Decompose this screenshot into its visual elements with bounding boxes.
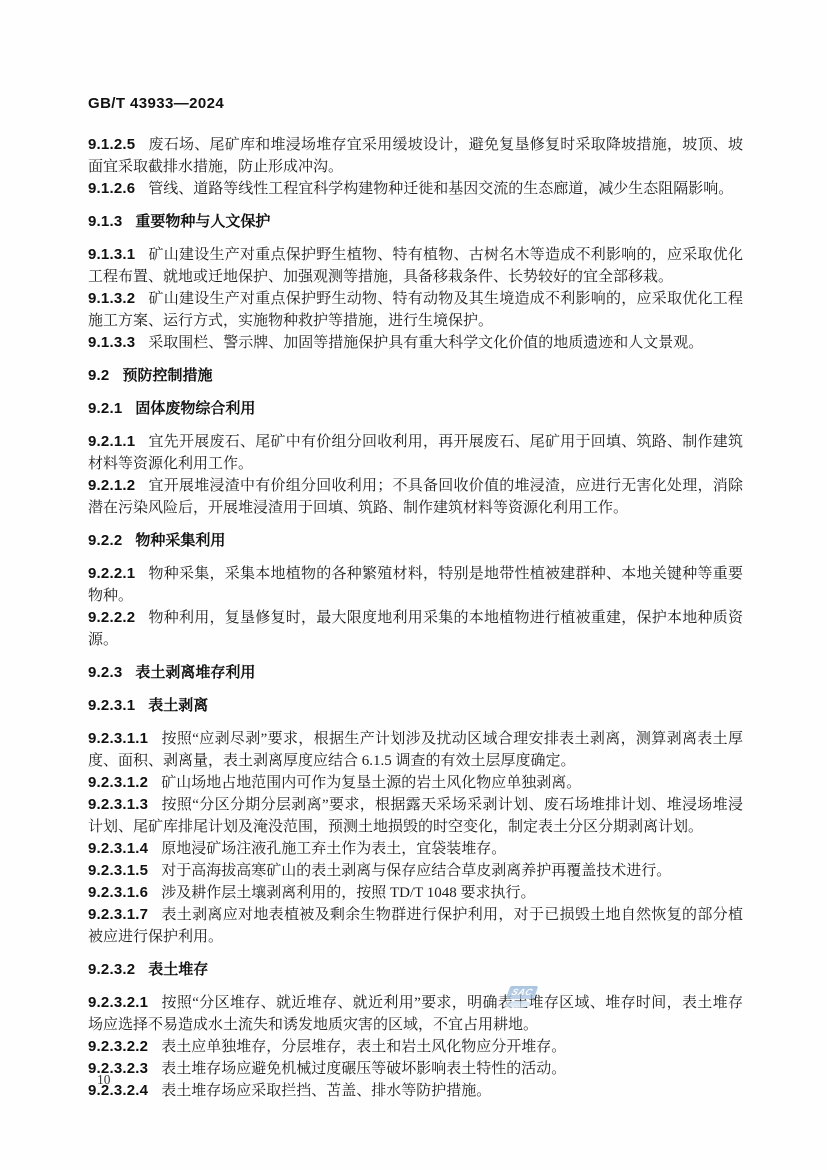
clause-text: 物种采集，采集本地植物的各种繁殖材料，特别是地带性植被建群种、本地关键种等重要物… [88, 566, 743, 604]
clause-paragraph: 9.1.3.3采取围栏、警示牌、加固等措施保护具有重大科学文化价值的地质遗迹和人… [88, 332, 743, 354]
clause-number: 9.2.1.2 [88, 477, 135, 494]
clause-text: 宜开展堆浸渣中有价组分回收利用；不具备回收价值的堆浸渣，应进行无害化处理，消除潜… [88, 478, 743, 516]
clause-paragraph: 9.2.2.2物种利用，复垦修复时，最大限度地利用采集的本地植物进行植被重建，保… [88, 607, 743, 651]
clause-text: 表土应单独堆存，分层堆存，表土和岩土风化物应分开堆存。 [161, 1039, 566, 1055]
heading-text: 重要物种与人文保护 [135, 213, 270, 230]
clause-number: 9.2.3.1 [88, 697, 135, 714]
clause-paragraph: 9.2.3.1.1按照“应剥尽剥”要求，根据生产计划涉及扰动区域合理安排表土剥离… [88, 728, 743, 772]
clause-text: 表土堆存场应避免机械过度碾压等破坏影响表土特性的活动。 [161, 1061, 566, 1077]
section-heading: 9.2.3.2表土堆存 [88, 959, 743, 981]
page-number: 10 [97, 1072, 111, 1087]
clause-text: 采取围栏、警示牌、加固等措施保护具有重大科学文化价值的地质遗迹和人文景观。 [148, 335, 703, 351]
clause-paragraph: 9.1.2.6管线、道路等线性工程宜科学构建物种迁徙和基因交流的生态廊道，减少生… [88, 178, 743, 200]
document-body: 9.1.2.5废石场、尾矿库和堆浸场堆存宜采用缓坡设计，避免复垦修复时采取降坡措… [88, 134, 743, 1102]
heading-text: 表土剥离 [148, 697, 208, 714]
section-heading: 9.2.1固体废物综合利用 [88, 398, 743, 420]
clause-number: 9.2.3.2.2 [88, 1038, 148, 1055]
clause-text: 管线、道路等线性工程宜科学构建物种迁徙和基因交流的生态廊道，减少生态阻隔影响。 [148, 181, 733, 197]
clause-text: 矿山建设生产对重点保护野生动物、特有动物及其生境造成不利影响的，应采取优化工程施… [88, 291, 743, 329]
heading-text: 表土剥离堆存利用 [135, 664, 255, 681]
section-heading: 9.2.2物种采集利用 [88, 530, 743, 552]
clause-number: 9.2.2 [88, 532, 122, 549]
clause-number: 9.1.2.6 [88, 180, 135, 197]
clause-number: 9.1.3.2 [88, 290, 135, 307]
section-heading: 9.2预防控制措施 [88, 365, 743, 387]
clause-paragraph: 9.2.1.1宜先开展废石、尾矿中有价组分回收利用，再开展废石、尾矿用于回填、筑… [88, 431, 743, 475]
clause-paragraph: 9.1.3.1矿山建设生产对重点保护野生植物、特有植物、古树名木等造成不利影响的… [88, 244, 743, 288]
clause-number: 9.2 [88, 367, 109, 384]
clause-text: 涉及耕作层土壤剥离利用的，按照 TD/T 1048 要求执行。 [161, 885, 535, 901]
clause-number: 9.1.3.1 [88, 246, 135, 263]
heading-text: 表土堆存 [148, 961, 208, 978]
clause-text: 矿山场地占地范围内可作为复垦土源的岩土风化物应单独剥离。 [161, 775, 581, 791]
clause-text: 对于高海拔高寒矿山的表土剥离与保存应结合草皮剥离养护再覆盖技术进行。 [161, 863, 671, 879]
clause-number: 9.2.3.1.2 [88, 774, 148, 791]
clause-paragraph: 9.2.3.1.5对于高海拔高寒矿山的表土剥离与保存应结合草皮剥离养护再覆盖技术… [88, 860, 743, 882]
clause-text: 矿山建设生产对重点保护野生植物、特有植物、古树名木等造成不利影响的，应采取优化工… [88, 247, 743, 285]
clause-number: 9.2.3.1.7 [88, 906, 148, 923]
clause-paragraph: 9.2.1.2宜开展堆浸渣中有价组分回收利用；不具备回收价值的堆浸渣，应进行无害… [88, 475, 743, 519]
standard-code: GB/T 43933—2024 [88, 95, 224, 112]
clause-number: 9.2.3.2 [88, 961, 135, 978]
clause-paragraph: 9.2.3.2.2表土应单独堆存，分层堆存，表土和岩土风化物应分开堆存。 [88, 1036, 743, 1058]
clause-paragraph: 9.2.3.1.2矿山场地占地范围内可作为复垦土源的岩土风化物应单独剥离。 [88, 772, 743, 794]
clause-number: 9.2.2.2 [88, 609, 135, 626]
clause-number: 9.2.3 [88, 664, 122, 681]
section-heading: 9.2.3表土剥离堆存利用 [88, 662, 743, 684]
clause-number: 9.2.3.1.3 [88, 796, 148, 813]
clause-paragraph: 9.2.3.2.4表土堆存场应采取拦挡、苫盖、排水等防护措施。 [88, 1080, 743, 1102]
clause-number: 9.2.1.1 [88, 433, 135, 450]
clause-paragraph: 9.2.2.1物种采集，采集本地植物的各种繁殖材料，特别是地带性植被建群种、本地… [88, 563, 743, 607]
clause-number: 9.2.3.1.6 [88, 884, 148, 901]
page-header: GB/T 43933—2024 [88, 95, 224, 112]
clause-text: 按照“分区堆存、就近堆存、就近利用”要求，明确表土堆存区域、堆存时间，表土堆存场… [88, 995, 743, 1033]
clause-number: 9.2.3.1.5 [88, 862, 148, 879]
clause-text: 原地浸矿场注液孔施工弃土作为表土，宜袋装堆存。 [161, 841, 506, 857]
clause-paragraph: 9.2.3.1.4原地浸矿场注液孔施工弃土作为表土，宜袋装堆存。 [88, 838, 743, 860]
heading-text: 物种采集利用 [135, 532, 225, 549]
section-heading: 9.1.3重要物种与人文保护 [88, 211, 743, 233]
clause-paragraph: 9.2.3.2.1按照“分区堆存、就近堆存、就近利用”要求，明确表土堆存区域、堆… [88, 992, 743, 1036]
clause-number: 9.2.3.2.1 [88, 994, 148, 1011]
heading-text: 固体废物综合利用 [135, 400, 255, 417]
clause-text: 按照“分区分期分层剥离”要求，根据露天采场采剥计划、废石场堆排计划、堆浸场堆浸计… [88, 797, 743, 835]
clause-text: 表土堆存场应采取拦挡、苫盖、排水等防护措施。 [161, 1083, 491, 1099]
clause-number: 9.1.3.3 [88, 334, 135, 351]
clause-text: 按照“应剥尽剥”要求，根据生产计划涉及扰动区域合理安排表土剥离，测算剥离表土厚度… [88, 731, 743, 769]
heading-text: 预防控制措施 [122, 367, 212, 384]
clause-paragraph: 9.2.3.2.3表土堆存场应避免机械过度碾压等破坏影响表土特性的活动。 [88, 1058, 743, 1080]
clause-number: 9.1.3 [88, 213, 122, 230]
clause-paragraph: 9.2.3.1.3按照“分区分期分层剥离”要求，根据露天采场采剥计划、废石场堆排… [88, 794, 743, 838]
clause-text: 表土剥离应对地表植被及剩余生物群进行保护利用，对于已损毁土地自然恢复的部分植被应… [88, 907, 743, 945]
clause-number: 9.2.3.1.1 [88, 730, 148, 747]
clause-paragraph: 9.2.3.1.6涉及耕作层土壤剥离利用的，按照 TD/T 1048 要求执行。 [88, 882, 743, 904]
clause-text: 物种利用，复垦修复时，最大限度地利用采集的本地植物进行植被重建，保护本地种质资源… [88, 610, 743, 648]
clause-text: 废石场、尾矿库和堆浸场堆存宜采用缓坡设计，避免复垦修复时采取降坡措施，坡顶、坡面… [88, 137, 743, 175]
clause-paragraph: 9.1.3.2矿山建设生产对重点保护野生动物、特有动物及其生境造成不利影响的，应… [88, 288, 743, 332]
clause-number: 9.2.2.1 [88, 565, 135, 582]
clause-paragraph: 9.1.2.5废石场、尾矿库和堆浸场堆存宜采用缓坡设计，避免复垦修复时采取降坡措… [88, 134, 743, 178]
page-footer: 10 [97, 1072, 111, 1088]
clause-number: 9.2.3.1.4 [88, 840, 148, 857]
document-page: GB/T 43933—2024 9.1.2.5废石场、尾矿库和堆浸场堆存宜采用缓… [0, 0, 827, 1170]
section-heading: 9.2.3.1表土剥离 [88, 695, 743, 717]
clause-paragraph: 9.2.3.1.7表土剥离应对地表植被及剩余生物群进行保护利用，对于已损毁土地自… [88, 904, 743, 948]
clause-text: 宜先开展废石、尾矿中有价组分回收利用，再开展废石、尾矿用于回填、筑路、制作建筑材… [88, 434, 743, 472]
clause-number: 9.2.1 [88, 400, 122, 417]
clause-number: 9.1.2.5 [88, 136, 135, 153]
